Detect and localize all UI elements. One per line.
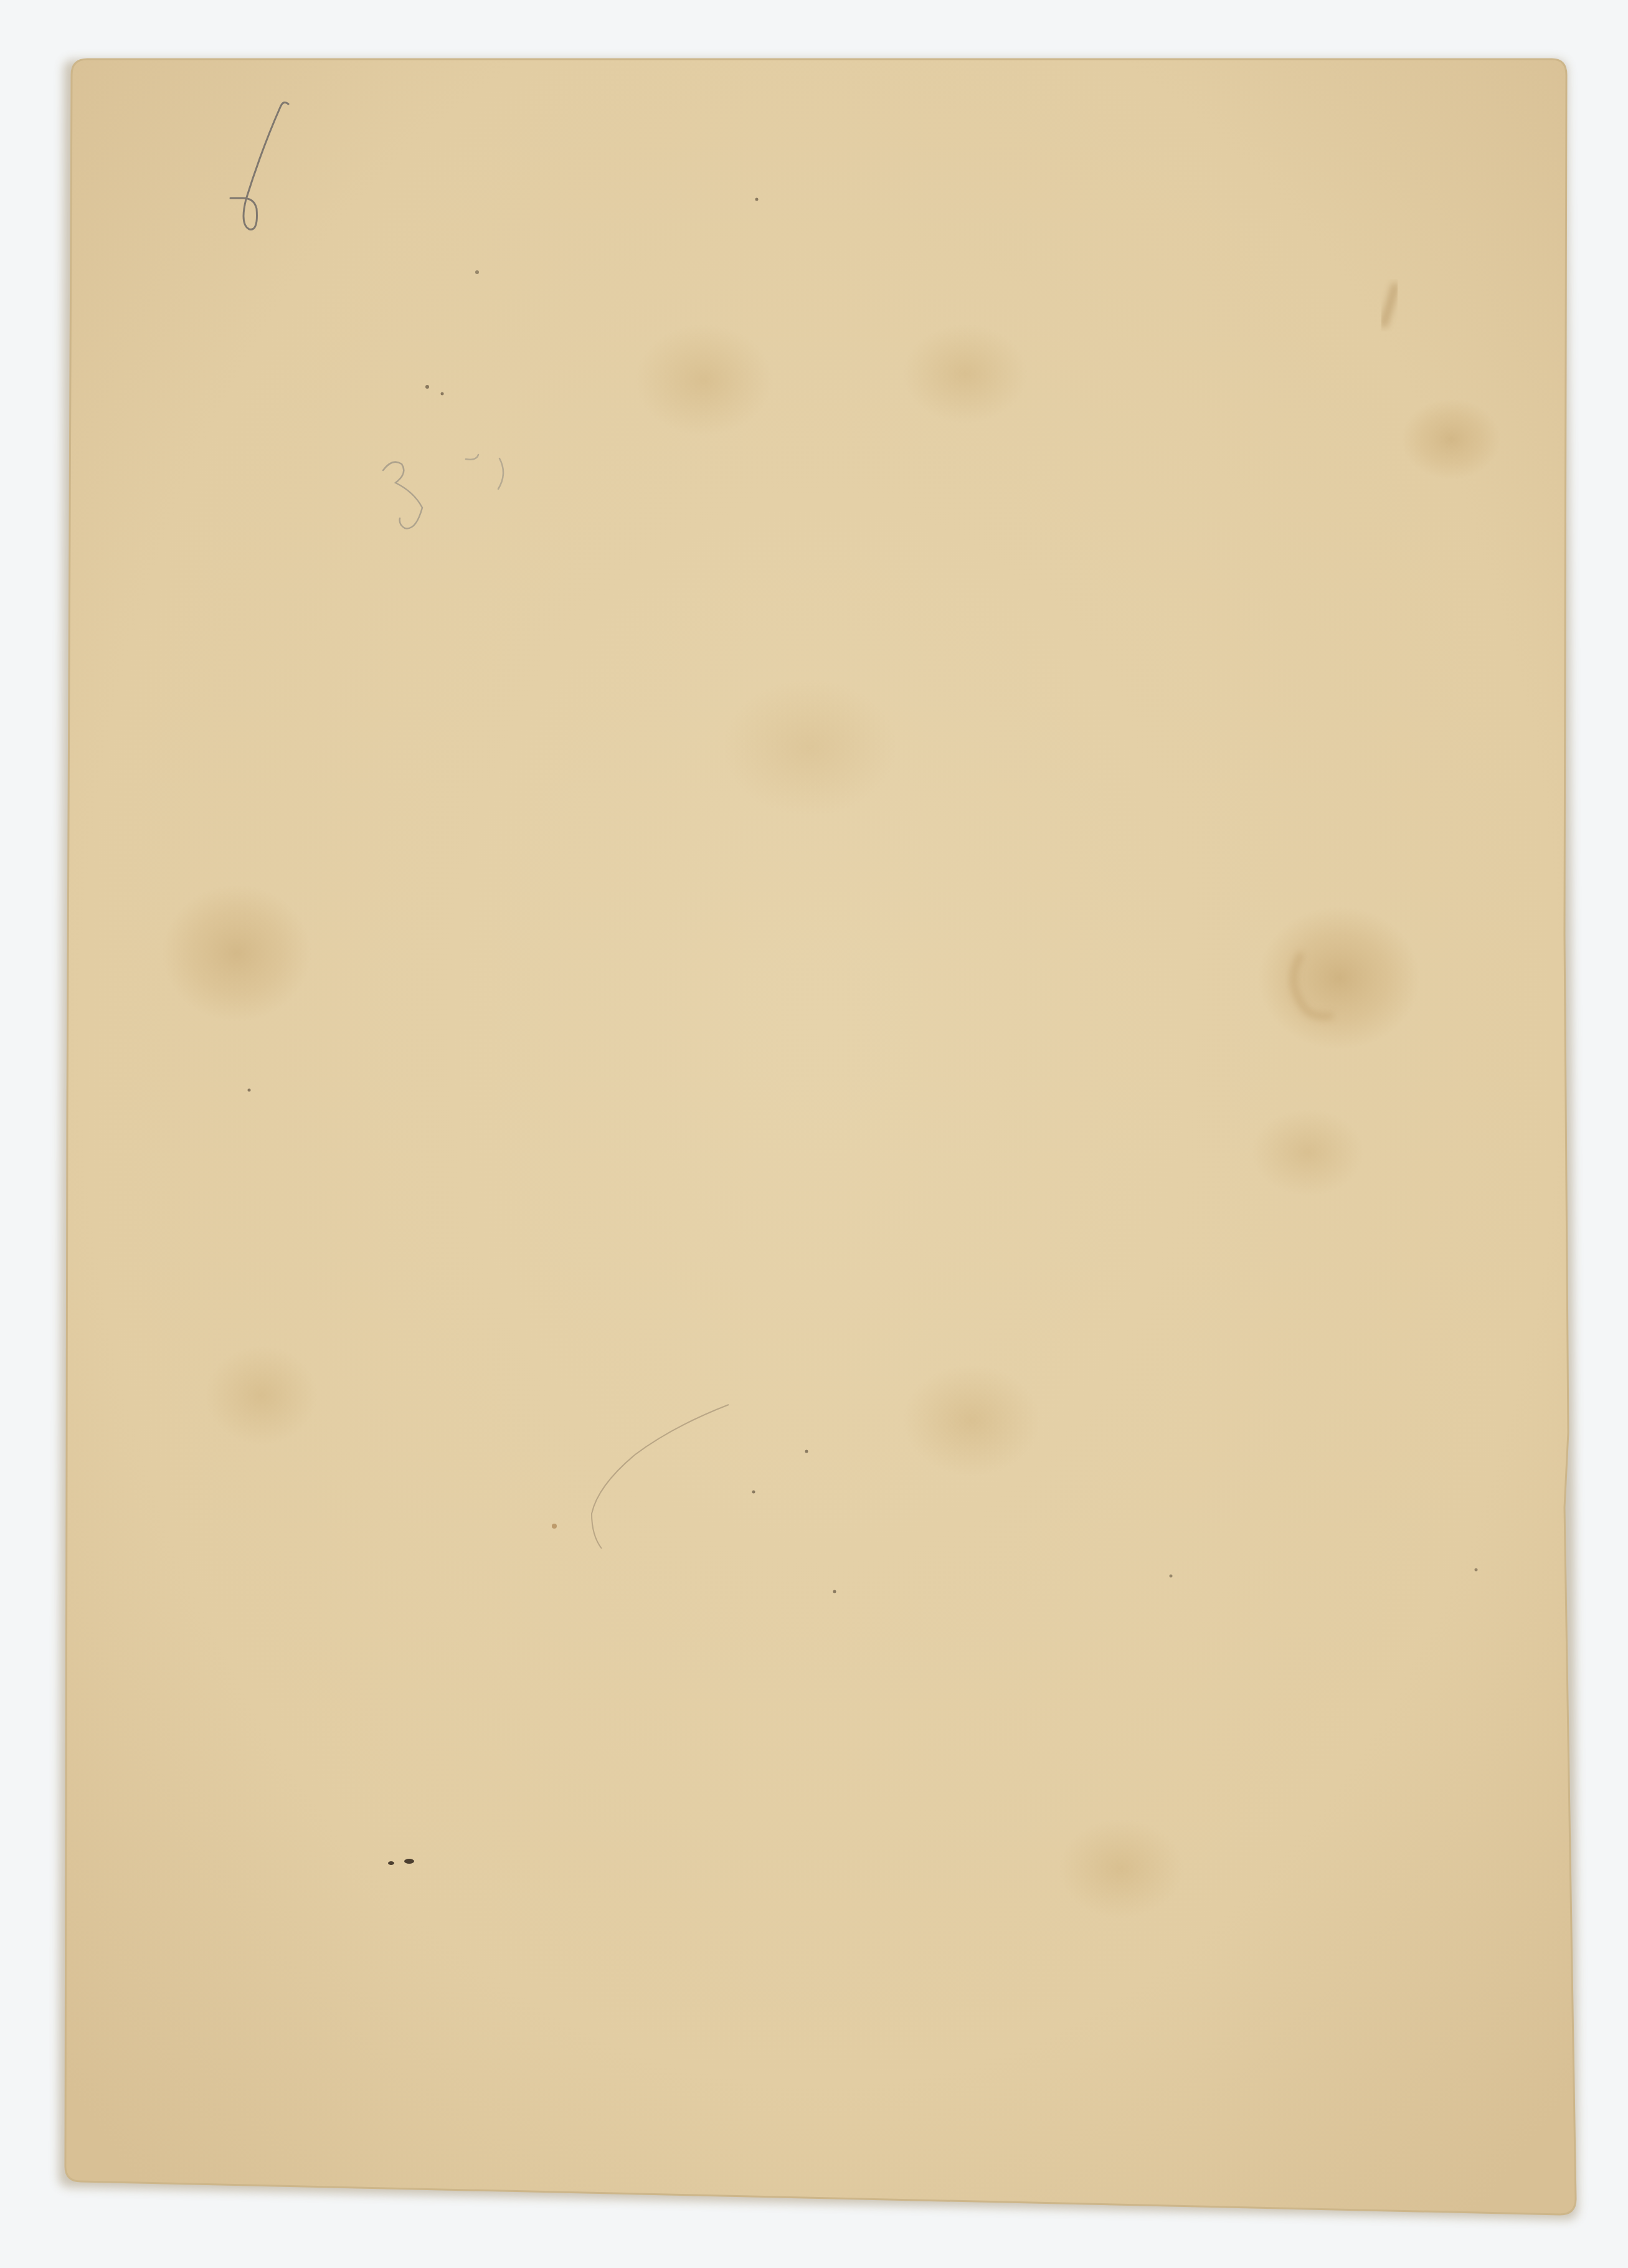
- speck: [755, 198, 759, 201]
- stain-top-center: [635, 324, 772, 436]
- stain-right-lower: [1252, 1109, 1364, 1196]
- speck: [388, 1861, 394, 1865]
- speck: [425, 385, 429, 389]
- speck: [1170, 1575, 1173, 1578]
- scanned-card-image: [0, 0, 1628, 2268]
- stain-right-middle: [1258, 906, 1420, 1050]
- speck: [552, 1524, 557, 1529]
- stain-left-lower: [206, 1345, 318, 1445]
- speck: [248, 1089, 251, 1092]
- stain-center-lower: [903, 1364, 1040, 1476]
- stain-right-upper: [1401, 399, 1501, 480]
- stain-center: [722, 679, 897, 816]
- speck: [475, 270, 479, 274]
- speck: [1475, 1568, 1478, 1572]
- stain-left-middle: [162, 885, 311, 1022]
- stain-upper-center: [903, 324, 1028, 424]
- stain-bottom-right: [1059, 1819, 1183, 1919]
- speck: [441, 392, 444, 396]
- speck: [833, 1590, 836, 1593]
- speck: [805, 1450, 808, 1453]
- speck: [404, 1859, 414, 1864]
- speck: [752, 1491, 755, 1494]
